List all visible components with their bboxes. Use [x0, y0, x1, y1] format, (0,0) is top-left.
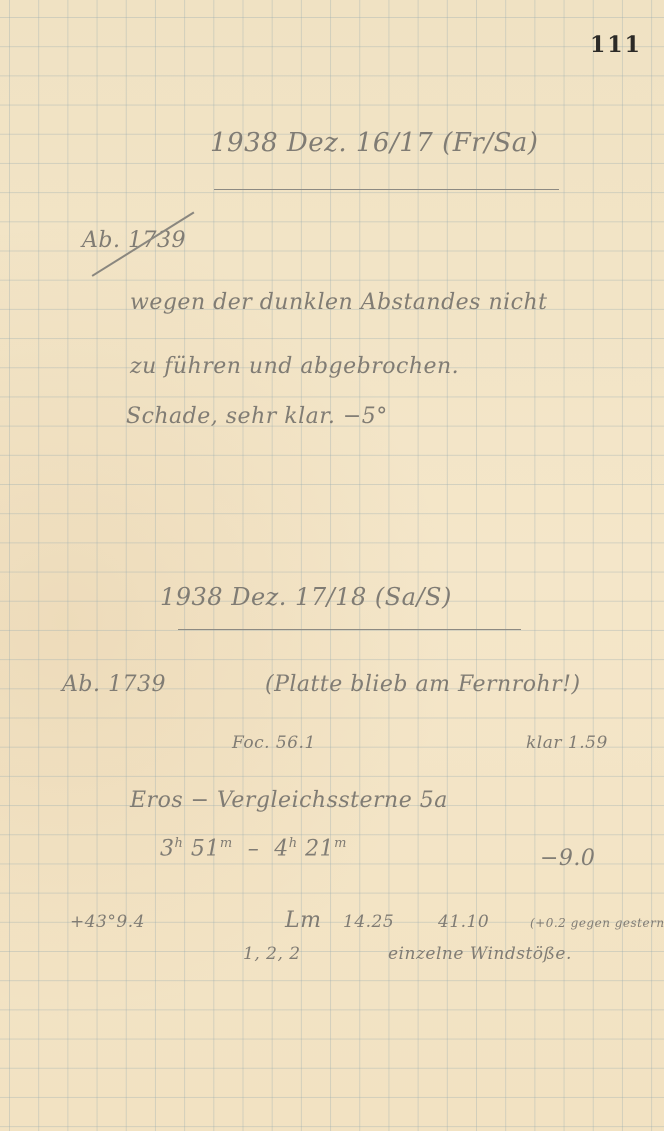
entry2-measure-label: Lm: [285, 908, 321, 933]
entry1-line-3: Schade, sehr klar. −5°: [126, 404, 388, 429]
notebook-page: 111 1938 Dez. 16/17 (Fr/Sa) Ab. 1739 weg…: [0, 0, 664, 1131]
entry2-measure-note: (+0.2 gegen gestern): [530, 916, 664, 930]
entry2-note: (Platte blieb am Fernrohr!): [265, 672, 581, 697]
entry2-temperature: −9.0: [540, 846, 595, 871]
entry1-heading: 1938 Dez. 16/17 (Fr/Sa): [210, 128, 538, 158]
entry2-focus: Foc. 56.1: [232, 733, 316, 753]
time-end-minute: 21: [305, 836, 334, 861]
entry2-heading-underline: [178, 629, 521, 630]
time-start-hour: 3: [160, 836, 175, 861]
entry2-comparison: Eros − Vergleichssterne 5a: [130, 788, 448, 813]
entry2-sky: klar 1.59: [526, 733, 608, 753]
entry1-line-2: zu führen und abgebrochen.: [130, 354, 459, 379]
entry2-measure-value-2: 41.10: [438, 912, 489, 932]
entry2-measure-value-1: 14.25: [343, 912, 394, 932]
entry2-declination: +43°9.4: [70, 912, 145, 932]
entry2-label: Ab. 1739: [62, 672, 166, 697]
entry2-time-range: 3h 51m – 4h 21m: [160, 836, 347, 861]
entry1-line-1: wegen der dunklen Abstandes nicht: [130, 290, 548, 315]
entry1-heading-underline: [214, 189, 559, 190]
entry2-seeing: 1, 2, 2: [243, 944, 301, 964]
entry2-heading: 1938 Dez. 17/18 (Sa/S): [160, 583, 452, 611]
entry2-wind-note: einzelne Windstöße.: [388, 944, 572, 964]
time-start-minute: 51: [191, 836, 220, 861]
page-number: 111: [590, 32, 642, 58]
time-end-hour: 4: [274, 836, 289, 861]
